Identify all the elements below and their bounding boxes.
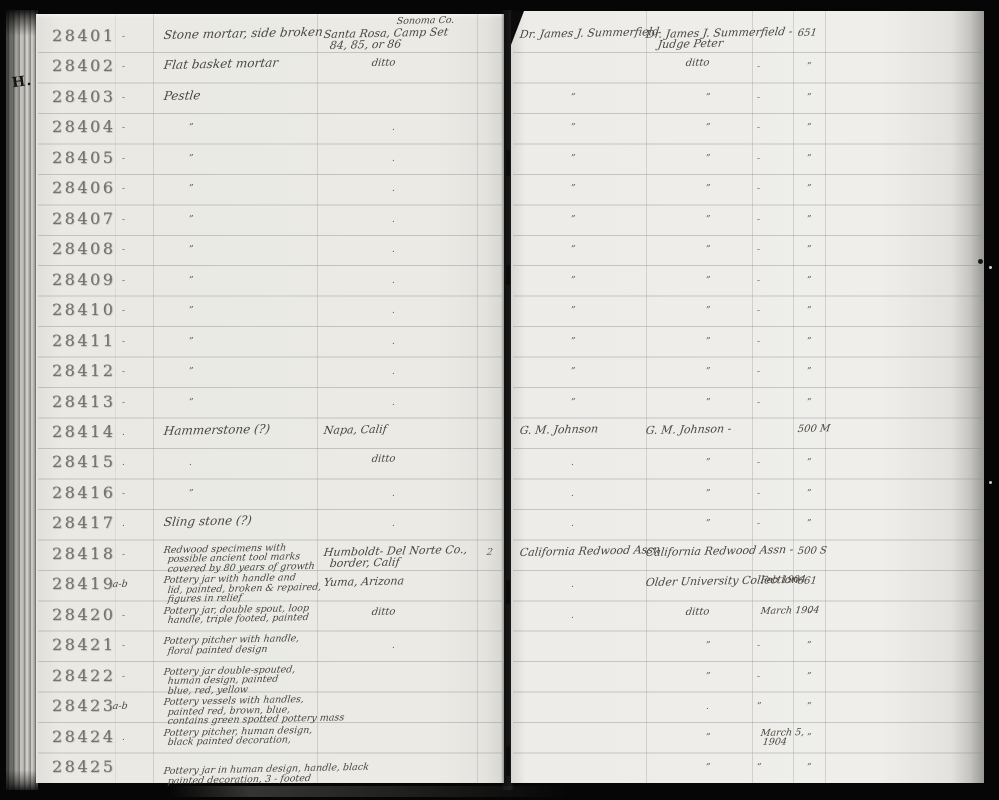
collector-name: Dr. James J. Summerfield (519, 25, 660, 41)
index-dash: - (122, 306, 125, 316)
ditto-mark: . (392, 276, 395, 286)
ledger-row: 28425Pottery jar in human design, handle… (0, 757, 999, 788)
ditto-mark: ” (706, 276, 711, 286)
ditto-mark: - (757, 489, 760, 499)
ditto-mark: ” (571, 276, 576, 286)
ditto-mark: ” (807, 184, 812, 194)
ledger-row: 28424.Pottery pitcher, human design,blac… (0, 727, 999, 758)
accession-number: 28410 (52, 300, 115, 319)
ditto-mark: . (571, 611, 574, 621)
ditto-mark: ” (189, 245, 194, 255)
ditto-mark: - (757, 154, 760, 164)
index-dash: - (122, 215, 125, 225)
ditto-mark: ” (571, 367, 576, 377)
ditto-mark: ” (807, 733, 812, 743)
locality-line: ditto (371, 58, 396, 69)
description-line: Pestle (163, 88, 201, 103)
ditto-mark: . (392, 123, 395, 133)
ditto-mark: - (757, 123, 760, 133)
accession-number: 28411 (52, 331, 115, 350)
ledger-row: 28406-”.””-” (0, 178, 999, 209)
index-dash: - (122, 550, 125, 560)
ditto-mark: - (757, 337, 760, 347)
accession-number: 28421 (52, 635, 115, 654)
description-line: Hammerstone (?) (163, 422, 271, 438)
donor-line: G. M. Johnson - (645, 422, 732, 437)
index-dash: . (122, 519, 125, 529)
ditto-mark: ” (189, 276, 194, 286)
ledger-row: 28416-”..”-” (0, 483, 999, 514)
ditto-mark: - (757, 93, 760, 103)
locality-line: Yuma, Arizona (323, 575, 405, 590)
catalog-number: 651 (797, 28, 817, 39)
ledger-row: 28411-”.””-” (0, 331, 999, 362)
index-dash: . (122, 733, 125, 743)
ditto-mark: ” (807, 398, 812, 408)
ledger-row: 28403-Pestle””-” (0, 87, 999, 118)
ledger-row: 28404-”.””-” (0, 117, 999, 148)
ditto-mark: . (392, 245, 395, 255)
catalog-number: 500 S (797, 545, 828, 557)
ledger-row: 28420-Pottery jar, double spout, loophan… (0, 605, 999, 636)
ditto-mark: ” (706, 93, 711, 103)
index-dash: - (122, 276, 125, 286)
ditto-mark: ” (571, 245, 576, 255)
ditto-mark: . (392, 215, 395, 225)
ditto-mark: ” (807, 276, 812, 286)
ditto-mark: ” (706, 763, 711, 773)
description-line: figures in relief (167, 594, 243, 605)
ledger-row: 28412-”.””-” (0, 361, 999, 392)
accession-number: 28402 (52, 56, 115, 75)
index-dash: - (122, 123, 125, 133)
border-dust-speck (989, 481, 992, 484)
ditto-mark: ” (807, 519, 812, 529)
description-line: Stone mortar, side broken (163, 25, 324, 42)
ledger-row: 28421-Pottery pitcher with handle,floral… (0, 635, 999, 666)
ditto-mark: . (571, 580, 574, 590)
ditto-mark: . (392, 519, 395, 529)
accession-number: 28420 (52, 605, 115, 624)
ledger-row: 28417.Sling stone (?)..”-” (0, 513, 999, 544)
date-note: 1904 (762, 737, 787, 747)
ditto-mark: ” (757, 763, 762, 773)
ditto-mark: . (392, 367, 395, 377)
ditto-mark: ” (706, 337, 711, 347)
index-dash: - (122, 641, 125, 651)
accession-number: 28418 (52, 544, 115, 563)
page-edge-speck (978, 259, 983, 264)
ledger-rows: 28401-Stone mortar, side brokenSonoma Co… (0, 0, 999, 800)
ditto-mark: ” (571, 306, 576, 316)
accession-number: 28405 (52, 148, 115, 167)
index-dash: . (122, 428, 125, 438)
ditto-mark: ” (807, 458, 812, 468)
ditto-mark: ” (189, 367, 194, 377)
ditto-mark: ” (807, 489, 812, 499)
locality-line: ditto (371, 454, 396, 465)
ledger-row: 28405-”.””-” (0, 148, 999, 179)
ledger-row: 28418-Redwood specimens withpossible anc… (0, 544, 999, 575)
donor-line: ditto (685, 606, 710, 617)
ledger-row: 28423a-bPottery vessels with handles,pai… (0, 696, 999, 727)
ditto-mark: ” (706, 519, 711, 529)
ditto-mark: . (392, 641, 395, 651)
ditto-mark: ” (706, 489, 711, 499)
ditto-mark: ” (189, 306, 194, 316)
ditto-mark: ” (706, 245, 711, 255)
accession-number: 28413 (52, 392, 115, 411)
description-line: floral painted design (167, 645, 268, 657)
ditto-mark: ” (706, 215, 711, 225)
description-line: Flat basket mortar (163, 56, 279, 72)
ditto-mark: . (571, 458, 574, 468)
ditto-mark: . (706, 702, 709, 712)
index-dash: - (122, 337, 125, 347)
ditto-mark: ” (571, 215, 576, 225)
ditto-mark: ” (706, 672, 711, 682)
catalog-number: 500 M (797, 423, 831, 435)
ditto-mark: ” (571, 337, 576, 347)
description-line: handle, triple footed, painted (167, 613, 309, 626)
ditto-mark: ” (757, 702, 762, 712)
ledger-row: 28401-Stone mortar, side brokenSonoma Co… (0, 26, 999, 57)
ditto-mark: . (392, 184, 395, 194)
donor-line: ditto (685, 58, 710, 69)
ledger-row: 28414.Hammerstone (?)Napa, CalifG. M. Jo… (0, 422, 999, 453)
index-dash: - (122, 367, 125, 377)
index-dash: - (122, 154, 125, 164)
ditto-mark: ” (706, 154, 711, 164)
ditto-mark: - (757, 184, 760, 194)
ledger-row: 28409-”.””-” (0, 270, 999, 301)
description-line: black painted decoration, (167, 736, 292, 748)
ditto-mark: ” (807, 215, 812, 225)
ditto-mark: ” (706, 641, 711, 651)
ditto-mark: ” (807, 611, 812, 621)
bottom-cloth-smudge (170, 786, 570, 797)
locality-line: ditto (371, 606, 396, 617)
accession-number: 28403 (52, 87, 115, 106)
ditto-mark: ” (807, 154, 812, 164)
ledger-row: 28407-”.””-” (0, 209, 999, 240)
ditto-mark: ” (706, 367, 711, 377)
ditto-mark: ” (189, 337, 194, 347)
accession-number: 28409 (52, 270, 115, 289)
donor-line: California Redwood Assn - (645, 543, 794, 559)
ditto-mark: ” (807, 672, 812, 682)
ditto-mark: ” (706, 398, 711, 408)
ditto-mark: ” (189, 123, 194, 133)
ditto-mark: ” (807, 245, 812, 255)
accession-number: 28422 (52, 666, 115, 685)
accession-number: 28424 (52, 727, 115, 746)
accession-number: 28406 (52, 178, 115, 197)
ditto-mark: . (571, 489, 574, 499)
ditto-mark: - (757, 306, 760, 316)
accession-number: 28423 (52, 696, 115, 715)
ledger-row: 28422-Pottery jar double-spouted,human d… (0, 666, 999, 697)
ledger-scan: H. 28401-Stone mortar, side brokenSonoma… (0, 0, 999, 800)
index-dash: - (122, 32, 125, 42)
ditto-mark: ” (807, 62, 812, 72)
ditto-mark: ” (189, 154, 194, 164)
ditto-mark: - (757, 398, 760, 408)
catalog-number: 661 (797, 576, 817, 587)
accession-number: 28412 (52, 361, 115, 380)
accession-number: 28416 (52, 483, 115, 502)
accession-number: 28404 (52, 117, 115, 136)
description-line: contains green spotted pottery mass (167, 714, 345, 727)
index-dash: . (122, 458, 125, 468)
ditto-mark: . (392, 306, 395, 316)
ditto-mark: ” (807, 337, 812, 347)
accession-number: 28408 (52, 239, 115, 258)
ditto-mark: ” (189, 489, 194, 499)
index-dash: - (122, 93, 125, 103)
accession-number: 28401 (52, 26, 115, 45)
accession-suffix: a-b (112, 580, 128, 590)
ditto-mark: ” (807, 702, 812, 712)
accession-number: 28414 (52, 422, 115, 441)
accession-number: 28419 (52, 574, 115, 593)
index-dash: - (122, 672, 125, 682)
accession-number: 28407 (52, 209, 115, 228)
locality-line: Napa, Calif (323, 423, 388, 437)
donor-line: Judge Peter (657, 37, 724, 51)
ditto-mark: - (757, 215, 760, 225)
ditto-mark: . (571, 519, 574, 529)
ditto-mark: ” (807, 123, 812, 133)
ledger-row: 28408-”.””-” (0, 239, 999, 270)
index-dash: - (122, 489, 125, 499)
locality-line: border, Calif (329, 555, 400, 569)
ditto-mark: - (757, 519, 760, 529)
ditto-mark: ” (807, 641, 812, 651)
accession-suffix: a-b (112, 702, 128, 712)
ledger-row: 28402-Flat basket mortardittoditto-” (0, 56, 999, 87)
collector-name: California Redwood Assn (519, 543, 661, 559)
ditto-mark: ” (807, 93, 812, 103)
ditto-mark: ” (571, 398, 576, 408)
ditto-mark: ” (189, 398, 194, 408)
ditto-mark: ” (571, 154, 576, 164)
description-line: Sling stone (?) (163, 514, 253, 530)
ledger-row: 28410-”.””-” (0, 300, 999, 331)
ledger-row: 28419a-bPottery jar with handle andlid, … (0, 574, 999, 605)
ditto-mark: ” (807, 367, 812, 377)
tally-note: 2 (486, 548, 493, 558)
ditto-mark: - (757, 672, 760, 682)
ditto-mark: - (757, 62, 760, 72)
ditto-mark: ” (706, 184, 711, 194)
ditto-mark: - (757, 458, 760, 468)
index-dash: - (122, 184, 125, 194)
accession-number: 28417 (52, 513, 115, 532)
ditto-mark: ” (571, 93, 576, 103)
locality-line: 84, 85, or 86 (329, 38, 402, 52)
accession-number: 28415 (52, 452, 115, 471)
ditto-mark: ” (571, 123, 576, 133)
ditto-mark: - (757, 641, 760, 651)
index-dash: - (122, 245, 125, 255)
ditto-mark: - (757, 245, 760, 255)
ditto-mark: . (392, 489, 395, 499)
ditto-mark: ” (189, 184, 194, 194)
ditto-mark: . (392, 398, 395, 408)
index-dash: - (122, 611, 125, 621)
border-dust-speck (989, 266, 992, 269)
ledger-row: 28415..ditto.”-” (0, 452, 999, 483)
index-dash: - (122, 398, 125, 408)
ditto-mark: ” (706, 458, 711, 468)
ditto-mark: . (189, 458, 192, 468)
collector-name: G. M. Johnson (519, 422, 599, 437)
description-line: painted decoration, 3 - footed (167, 774, 311, 787)
ledger-row: 28413-”.””-” (0, 392, 999, 423)
ditto-mark: ” (189, 215, 194, 225)
index-dash: - (122, 62, 125, 72)
ditto-mark: - (757, 276, 760, 286)
ditto-mark: - (757, 367, 760, 377)
ditto-mark: ” (706, 733, 711, 743)
ditto-mark: . (392, 154, 395, 164)
ditto-mark: ” (706, 306, 711, 316)
ditto-mark: ” (807, 763, 812, 773)
accession-number: 28425 (52, 757, 115, 776)
ditto-mark: ” (706, 123, 711, 133)
ditto-mark: . (392, 337, 395, 347)
ditto-mark: ” (807, 306, 812, 316)
ditto-mark: ” (571, 184, 576, 194)
